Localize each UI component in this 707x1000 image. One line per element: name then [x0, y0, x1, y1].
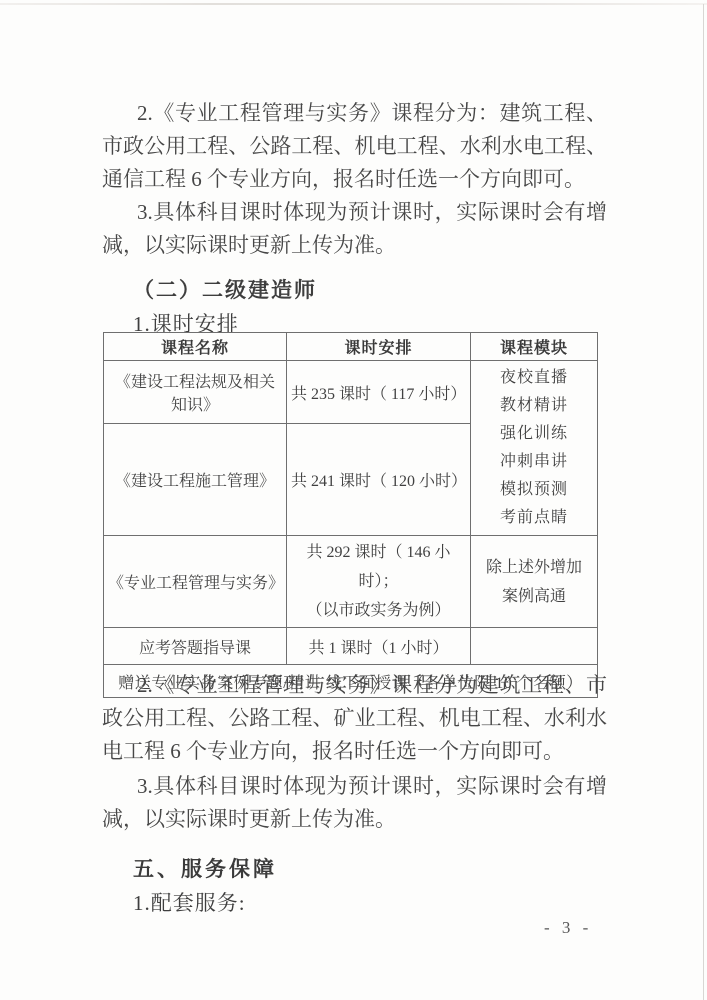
course-hours-cell: 共 1 课时（1 小时） — [287, 628, 471, 665]
table-row: 《建设工程法规及相关知识》 共 235 课时（ 117 小时） 夜校直播 教材精… — [104, 361, 598, 424]
table-row: 应考答题指导课 共 1 课时（1 小时） — [104, 628, 598, 665]
paragraph-hours-disclaimer-1: 3.具体科目课时体现为预计课时，实际课时会有增减，以实际课时更新上传为准。 — [102, 196, 607, 262]
module-item: 强化训练 — [475, 420, 593, 448]
table-header-row: 课程名称 课时安排 课程模块 — [104, 333, 598, 361]
document-page: 2.《专业工程管理与实务》课程分为：建筑工程、市政公用工程、公路工程、机电工程、… — [0, 0, 707, 1000]
heading-section-service-guarantee: 五、服务保障 — [133, 853, 277, 883]
paragraph-practice-course-directions-2: 2.《专业工程管理与实务》课程分为建筑工程、市政公用工程、公路工程、矿业工程、机… — [102, 669, 607, 768]
course-name-cell: 《建设工程施工管理》 — [104, 424, 287, 536]
module-item: 冲刺串讲 — [475, 448, 593, 476]
course-modules-cell-empty — [471, 628, 598, 665]
course-hours-cell: 共 235 课时（ 117 小时） — [287, 361, 471, 424]
module-line: 案例高通 — [475, 582, 593, 611]
course-schedule-table: 课程名称 课时安排 课程模块 《建设工程法规及相关知识》 共 235 课时（ 1… — [103, 332, 598, 698]
course-name-cell: 应考答题指导课 — [104, 628, 287, 665]
header-modules: 课程模块 — [471, 333, 598, 361]
header-course-name: 课程名称 — [104, 333, 287, 361]
course-hours-cell: 共 241 课时（ 120 小时） — [287, 424, 471, 536]
page-number: - 3 - — [544, 918, 592, 938]
heading-section-level2-constructor: （二）二级建造师 — [133, 274, 317, 304]
module-item: 教材精讲 — [475, 392, 593, 420]
module-item: 考前点睛 — [475, 504, 593, 532]
table-row: 《专业工程管理与实务》 共 292 课时（ 146 小时）； （以市政实务为例）… — [104, 536, 598, 628]
header-hours: 课时安排 — [287, 333, 471, 361]
course-hours-cell: 共 292 课时（ 146 小时）； （以市政实务为例） — [287, 536, 471, 628]
hours-line: （以市政实务为例） — [291, 596, 466, 625]
hours-line: 共 292 课时（ 146 小时）； — [291, 538, 466, 596]
scan-edge-top — [0, 3, 707, 5]
module-line: 除上述外增加 — [475, 553, 593, 582]
course-name-cell: 《专业工程管理与实务》 — [104, 536, 287, 628]
module-item: 模拟预测 — [475, 476, 593, 504]
paragraph-hours-disclaimer-2: 3.具体科目课时体现为预计课时，实际课时会有增减，以实际课时更新上传为准。 — [102, 770, 607, 836]
heading-supporting-services: 1.配套服务: — [133, 887, 246, 917]
course-name-cell: 《建设工程法规及相关知识》 — [104, 361, 287, 424]
course-modules-merged-cell: 夜校直播 教材精讲 强化训练 冲刺串讲 模拟预测 考前点睛 — [471, 361, 598, 536]
paragraph-practice-course-directions-1: 2.《专业工程管理与实务》课程分为：建筑工程、市政公用工程、公路工程、机电工程、… — [102, 97, 607, 196]
module-item: 夜校直播 — [475, 364, 593, 392]
course-modules-cell: 除上述外增加 案例高通 — [471, 536, 598, 628]
scan-edge-right — [703, 4, 704, 1000]
